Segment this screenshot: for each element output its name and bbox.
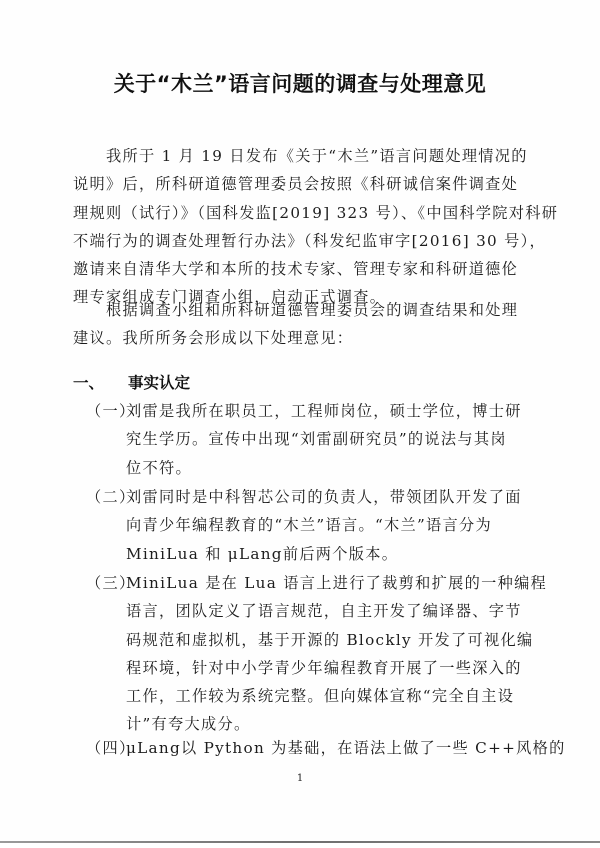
item-marker: （二） xyxy=(86,483,126,511)
section-heading: 一、事实认定 xyxy=(73,371,190,393)
item-line: μLang以 Python 为基础，在语法上做了一些 C++风格的 xyxy=(86,734,536,762)
list-item: （二） 刘雷同时是中科智芯公司的负责人，带领团队开发了面 向青少年编程教育的“木… xyxy=(86,483,536,568)
paragraph-line: 我所于 1 月 19 日发布《关于“木兰”语言问题处理情况的 xyxy=(73,142,529,170)
paragraph-line: 不端行为的调查处理暂行办法》（科发纪监审字[2016] 30 号）， xyxy=(73,227,529,255)
item-line: 位不符。 xyxy=(86,454,536,482)
paragraph-line: 根据调查小组和所科研道德管理委员会的调查结果和处理 xyxy=(73,296,529,324)
item-line: 工作，工作较为系统完整。但向媒体宣称“完全自主设 xyxy=(86,682,536,710)
item-line: MiniLua 和 μLang前后两个版本。 xyxy=(86,540,536,568)
item-marker: （三） xyxy=(86,569,126,597)
second-paragraph: 根据调查小组和所科研道德管理委员会的调查结果和处理 建议。我所所务会形成以下处理… xyxy=(73,296,529,353)
page-edge-divider xyxy=(0,841,600,843)
section-title: 事实认定 xyxy=(128,374,190,392)
item-line: 刘雷是我所在职员工，工程师岗位，硕士学位，博士研 xyxy=(86,397,536,425)
list-item: （四） μLang以 Python 为基础，在语法上做了一些 C++风格的 xyxy=(86,734,536,762)
item-marker: （四） xyxy=(86,734,126,762)
item-line: 码规范和虚拟机，基于开源的 Blockly 开发了可视化编 xyxy=(86,626,536,654)
list-item: （一） 刘雷是我所在职员工，工程师岗位，硕士学位，博士研 究生学历。宣传中出现“… xyxy=(86,397,536,482)
paragraph-line: 建议。我所所务会形成以下处理意见： xyxy=(73,324,529,352)
item-line: 程环境，针对中小学青少年编程教育开展了一些深入的 xyxy=(86,654,536,682)
intro-paragraph: 我所于 1 月 19 日发布《关于“木兰”语言问题处理情况的 说明》后，所科研道… xyxy=(73,142,529,312)
item-line: 向青少年编程教育的“木兰”语言。“木兰”语言分为 xyxy=(86,511,536,539)
list-item: （三） MiniLua 是在 Lua 语言上进行了裁剪和扩展的一种编程 语言，团… xyxy=(86,569,536,739)
paragraph-line: 说明》后，所科研道德管理委员会按照《科研诚信案件调查处 xyxy=(73,170,529,198)
section-number: 一、 xyxy=(73,371,128,393)
document-title: 关于“木兰”语言问题的调查与处理意见 xyxy=(0,68,600,98)
item-line: 究生学历。宣传中出现“刘雷副研究员”的说法与其岗 xyxy=(86,425,536,453)
item-marker: （一） xyxy=(86,397,126,425)
paragraph-line: 理规则（试行）》（国科发监[2019] 323 号）、《中国科学院对科研 xyxy=(73,199,529,227)
item-line: 语言，团队定义了语言规范，自主开发了编译器、字节 xyxy=(86,597,536,625)
item-line: 刘雷同时是中科智芯公司的负责人，带领团队开发了面 xyxy=(86,483,536,511)
item-line: MiniLua 是在 Lua 语言上进行了裁剪和扩展的一种编程 xyxy=(86,569,536,597)
paragraph-line: 邀请来自清华大学和本所的技术专家、管理专家和科研道德伦 xyxy=(73,255,529,283)
page-number: 1 xyxy=(0,773,600,784)
document-page: 关于“木兰”语言问题的调查与处理意见 我所于 1 月 19 日发布《关于“木兰”… xyxy=(0,0,600,842)
